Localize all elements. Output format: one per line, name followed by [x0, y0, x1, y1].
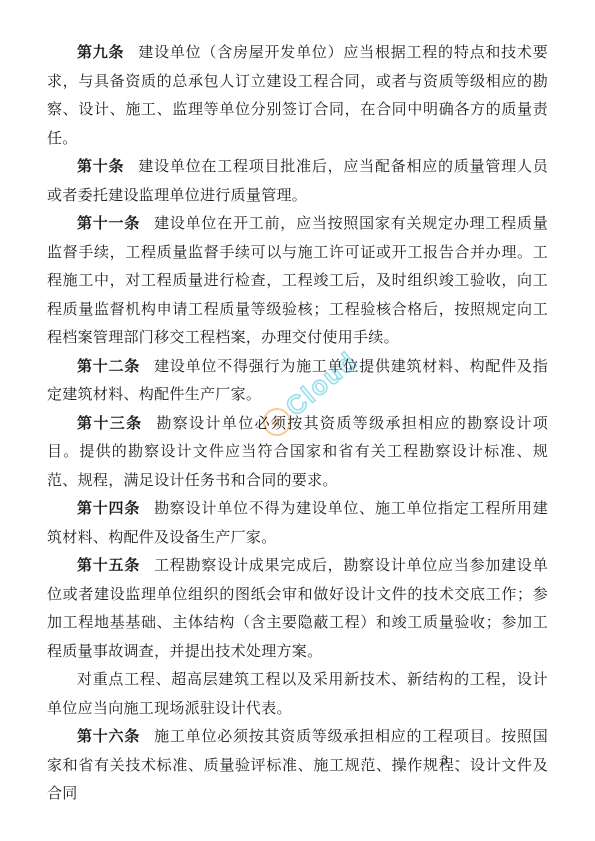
- paragraph: 第十五条工程勘察设计成果完成后，勘察设计单位应当参加建设单位或者建设监理单位组织…: [47, 552, 548, 666]
- paragraph: 第十四条勘察设计单位不得为建设单位、施工单位指定工程所用建筑材料、构配件及设备生…: [47, 495, 548, 552]
- paragraph: 第十二条建设单位不得强行为施工单位提供建筑材料、构配件及指定建筑材料、构配件生产…: [47, 353, 548, 410]
- paragraph-text: 建设单位在开工前，应当按照国家有关规定办理工程质量监督手续，工程质量监督手续可以…: [47, 216, 548, 346]
- article-number: 第十六条: [77, 729, 140, 745]
- article-number: 第九条: [77, 45, 124, 61]
- document-body: 第九条建设单位（含房屋开发单位）应当根据工程的特点和技术要求，与具备资质的总承包…: [47, 39, 548, 809]
- article-number: 第十条: [77, 159, 124, 175]
- paragraph: 第九条建设单位（含房屋开发单位）应当根据工程的特点和技术要求，与具备资质的总承包…: [47, 39, 548, 153]
- article-number: 第十三条: [77, 416, 142, 432]
- article-number: 第十二条: [77, 359, 140, 375]
- paragraph-text: 对重点工程、超高层建筑工程以及采用新技术、新结构的工程，设计单位应当向施工现场派…: [47, 672, 548, 717]
- paragraph: 对重点工程、超高层建筑工程以及采用新技术、新结构的工程，设计单位应当向施工现场派…: [47, 666, 548, 723]
- paragraph: 第十一条建设单位在开工前，应当按照国家有关规定办理工程质量监督手续，工程质量监督…: [47, 210, 548, 353]
- document-page: IA Cloud 第九条建设单位（含房屋开发单位）应当根据工程的特点和技术要求，…: [0, 0, 595, 841]
- paragraph: 第十条建设单位在工程项目批准后，应当配备相应的质量管理人员或者委托建设监理单位进…: [47, 153, 548, 210]
- article-number: 第十一条: [77, 216, 140, 232]
- article-number: 第十五条: [77, 558, 140, 574]
- paragraph: 第十六条施工单位必须按其资质等级承担相应的工程项目。按照国家和省有关技术标准、质…: [47, 723, 548, 809]
- paragraph: 第十三条勘察设计单位必须按其资质等级承担相应的勘察设计项目。提供的勘察设计文件应…: [47, 410, 548, 496]
- page-number: - 3 -: [430, 752, 462, 768]
- article-number: 第十四条: [77, 501, 140, 517]
